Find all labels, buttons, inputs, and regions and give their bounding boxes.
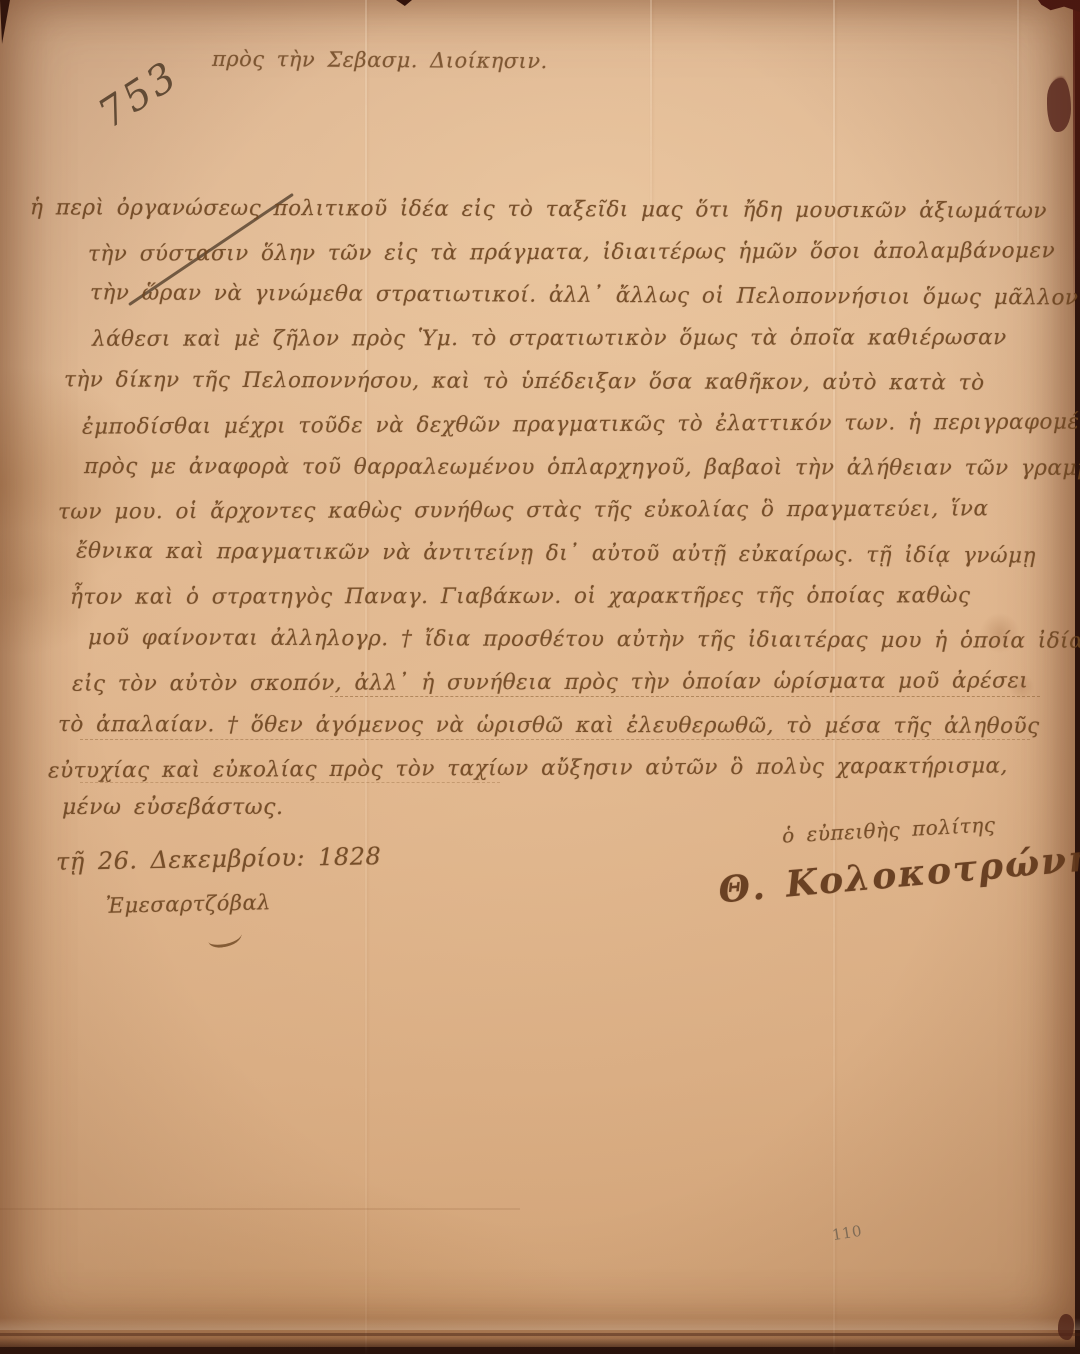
handwritten-line: τὴν σύστασιν ὅλην τῶν εἰς τὰ πράγματα, ἰ… [88, 238, 1055, 266]
ink-blot-right-edge [1047, 78, 1071, 132]
handwritten-line: ἡ περὶ ὀργανώσεως πολιτικοῦ ἰδέα εἰς τὸ … [30, 195, 1047, 224]
fold-shadow [0, 1333, 1080, 1336]
handwritten-line: εἰς τὸν αὐτὸν σκοπόν, ἀλλ᾽ ἡ συνήθεια πρ… [72, 668, 1028, 696]
paper-bottom-edge [0, 1338, 1080, 1354]
valediction: μένω εὐσεβάστως. [62, 795, 283, 820]
handwritten-line: τὸ ἀπαλαίαν. † ὅθεν ἀγόμενος νὰ ὡρισθῶ κ… [58, 712, 1040, 739]
handwritten-line: εὐτυχίας καὶ εὐκολίας πρὸς τὸν ταχίων αὔ… [48, 753, 1008, 783]
handwritten-line: μοῦ φαίνονται ἀλληλογρ. † ἴδια προσθέτου… [88, 625, 1080, 654]
stain-bottom-right [1058, 1314, 1074, 1340]
dashed-underline [80, 782, 500, 783]
handwritten-line: των μου. οἱ ἄρχοντες καθὼς συνήθως στὰς … [58, 496, 989, 524]
fold-highlight [0, 1318, 1080, 1330]
handwritten-line: πρὸς με ἀναφορὰ τοῦ θαρραλεωμένου ὁπλαρχ… [84, 454, 1080, 481]
place-line: Ἐμεσαρτζόβαλ [106, 890, 271, 917]
date-line: τῇ 26. Δεκεμβρίου: 1828 [56, 842, 382, 876]
horizontal-crease [0, 1208, 520, 1210]
vertical-crease [650, 0, 652, 210]
torn-edge-right [1073, 0, 1080, 330]
handwritten-line: ἔθνικα καὶ πραγματικῶν νὰ ἀντιτείνῃ δι᾽ … [76, 538, 1036, 568]
handwritten-line: τὴν δίκην τῆς Πελοποννήσου, καὶ τὸ ὑπέδε… [64, 367, 985, 395]
dashed-underline [80, 739, 1030, 740]
handwritten-line: λάθεσι καὶ μὲ ζῆλον πρὸς Ὑμ. τὸ στρατιωτ… [92, 325, 1007, 352]
dashed-underline [330, 696, 1040, 697]
handwritten-line: ἐμποδίσθαι μέχρι τοῦδε νὰ δεχθῶν πραγματ… [82, 409, 1080, 439]
handwritten-line: ἦτον καὶ ὁ στρατηγὸς Παναγ. Γιαβάκων. οἱ… [70, 583, 971, 610]
address-heading: πρὸς τὴν Σεβασμ. Διοίκησιν. [212, 47, 548, 73]
manuscript-photo: { "page": { "archive_number": "753", "he… [0, 0, 1080, 1354]
